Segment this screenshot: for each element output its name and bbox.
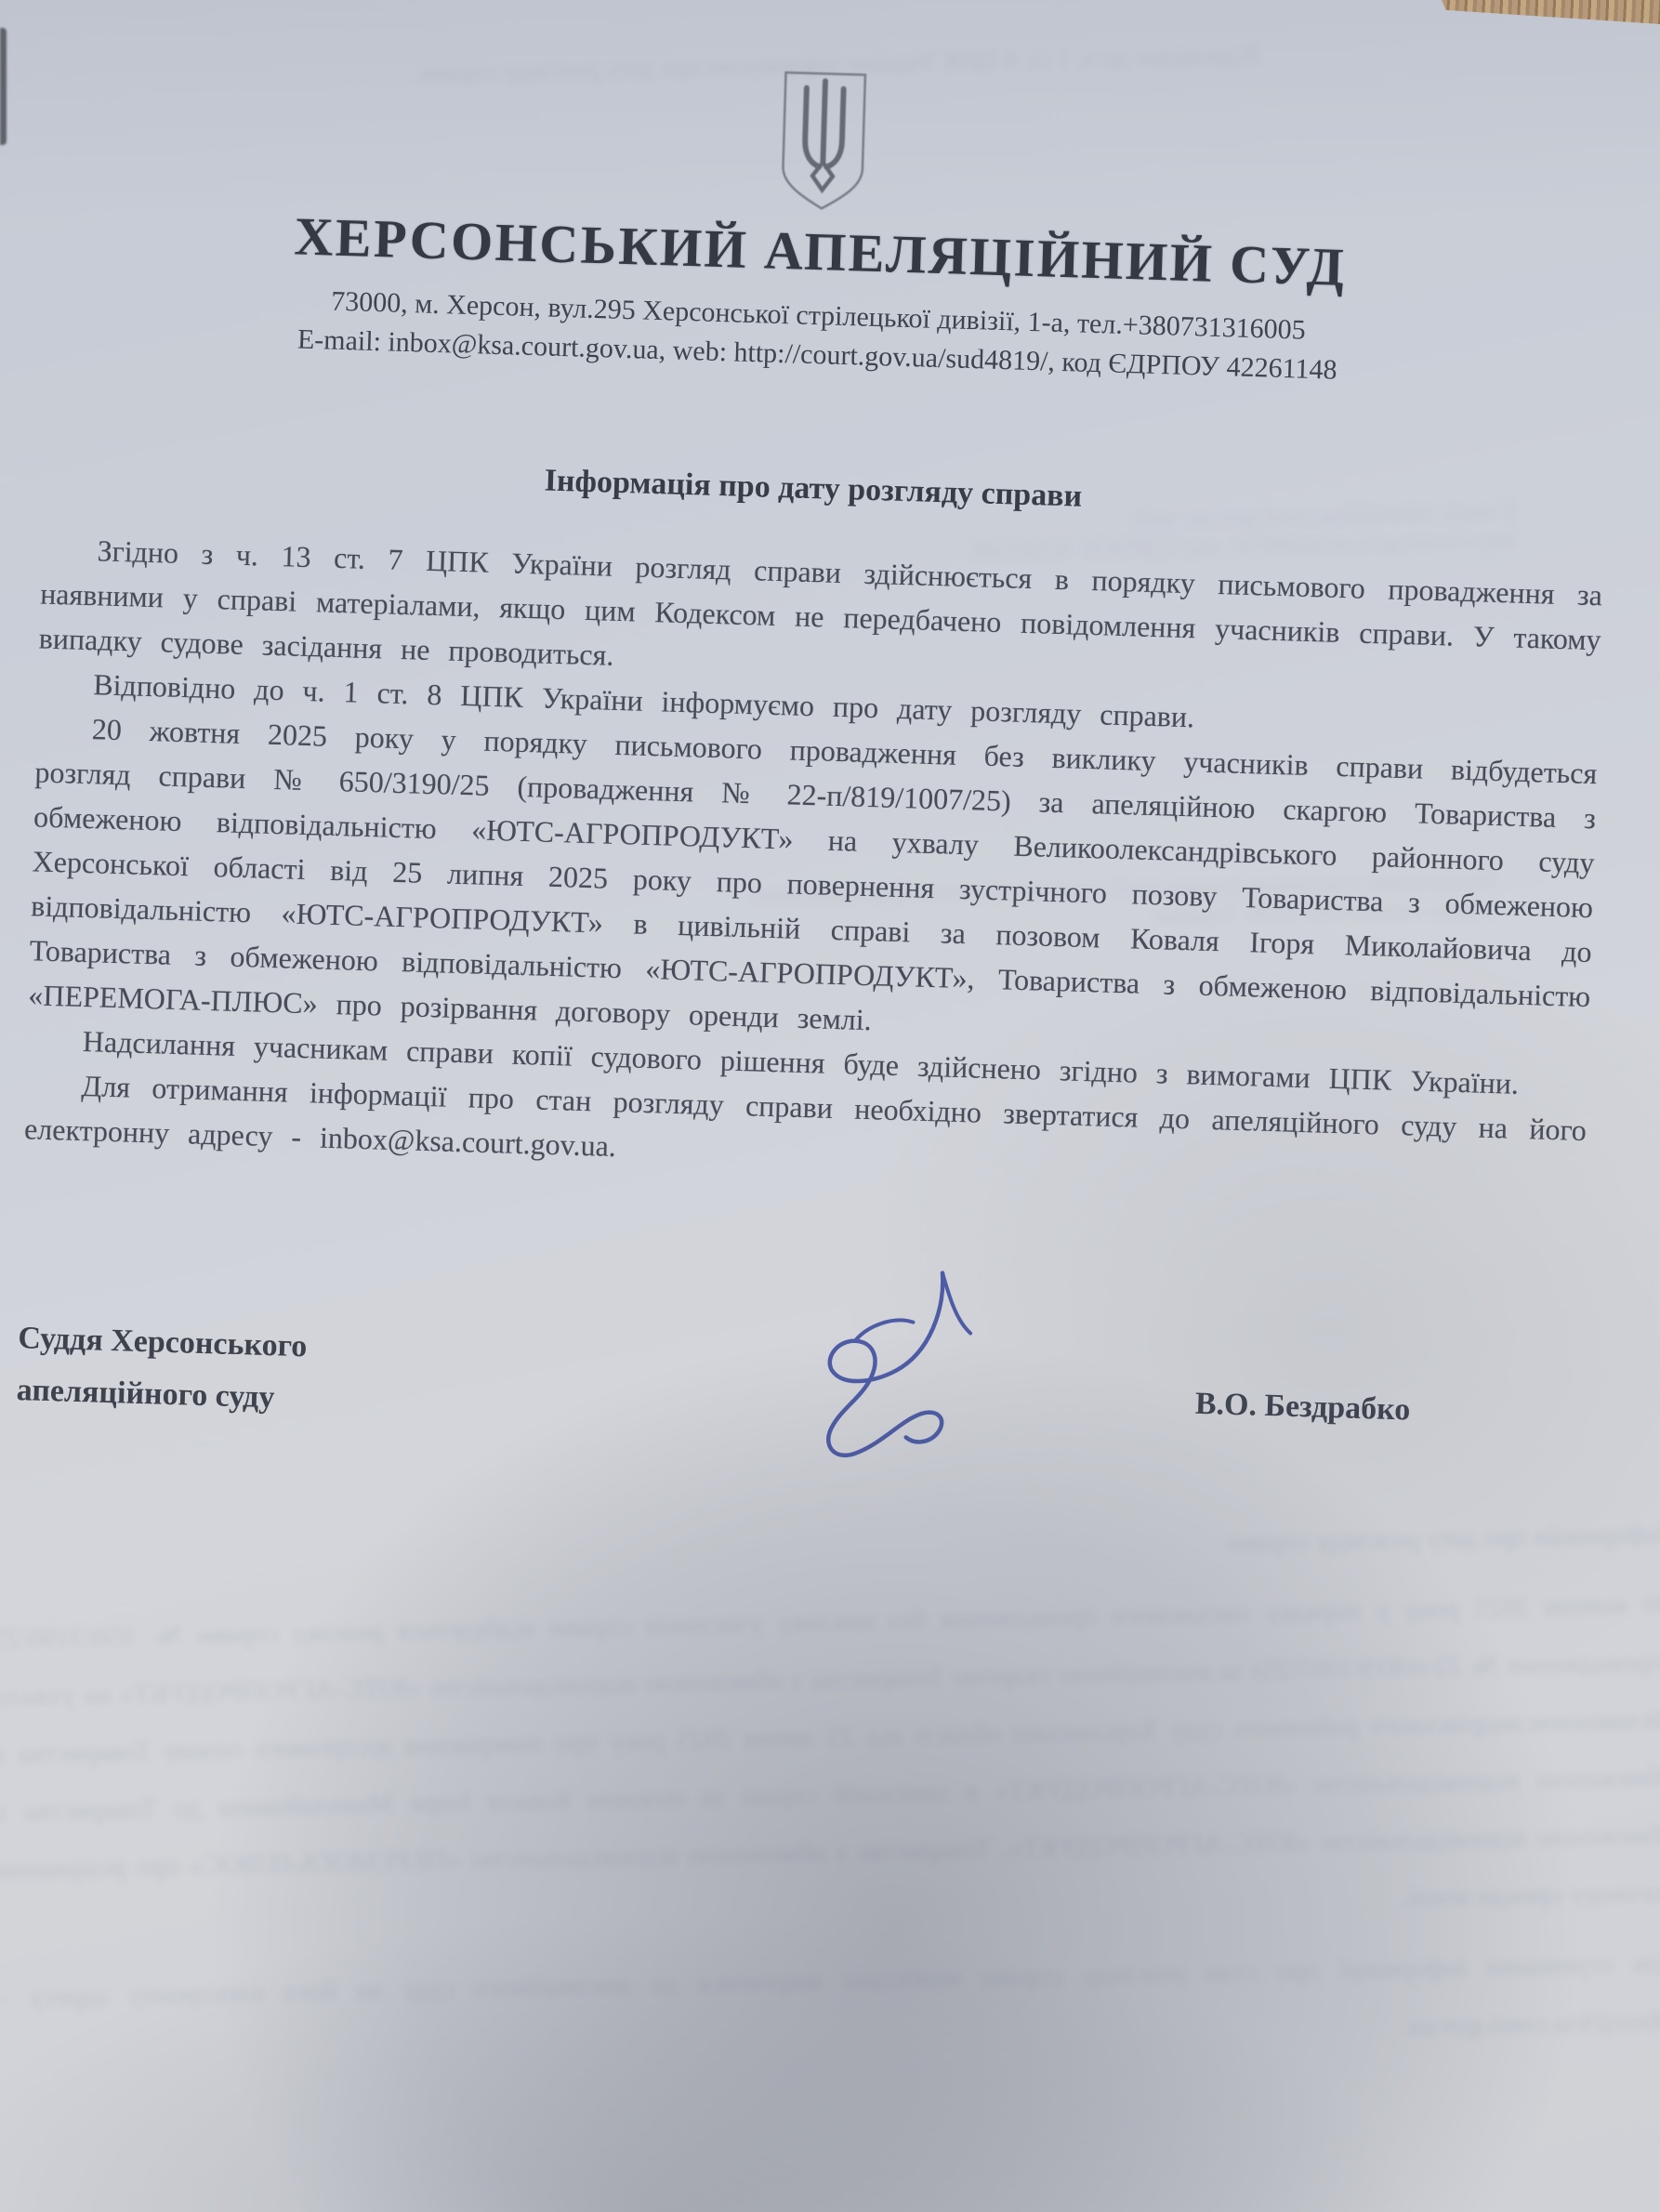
handwritten-signature xyxy=(754,1262,980,1482)
document-content: ХЕРСОНСЬКИЙ АПЕЛЯЦІЙНИЙ СУД 73000, м. Хе… xyxy=(0,6,1660,2193)
scanned-court-document: Відповідно до ч. 1 ст. 8 ЦПК України інф… xyxy=(0,0,1660,2212)
judge-role-label: Суддя Херсонського апеляційного суду xyxy=(16,1312,308,1425)
document-title: Інформація про дату розгляду справи xyxy=(0,446,1660,533)
judge-name: В.О. Бездрабко xyxy=(1194,1387,1530,1432)
paragraph: 20 жовтня 2025 року у порядку письмового… xyxy=(28,704,1598,1063)
judge-role-line1: Суддя Херсонського xyxy=(18,1312,308,1373)
desk-wood-corner xyxy=(1442,0,1660,24)
judge-role-line2: апеляційного суду xyxy=(16,1364,306,1425)
document-body: Згідно з ч. 13 ст. 7 ЦПК України розгляд… xyxy=(23,526,1602,1197)
photo-edge-artifact xyxy=(0,28,7,145)
